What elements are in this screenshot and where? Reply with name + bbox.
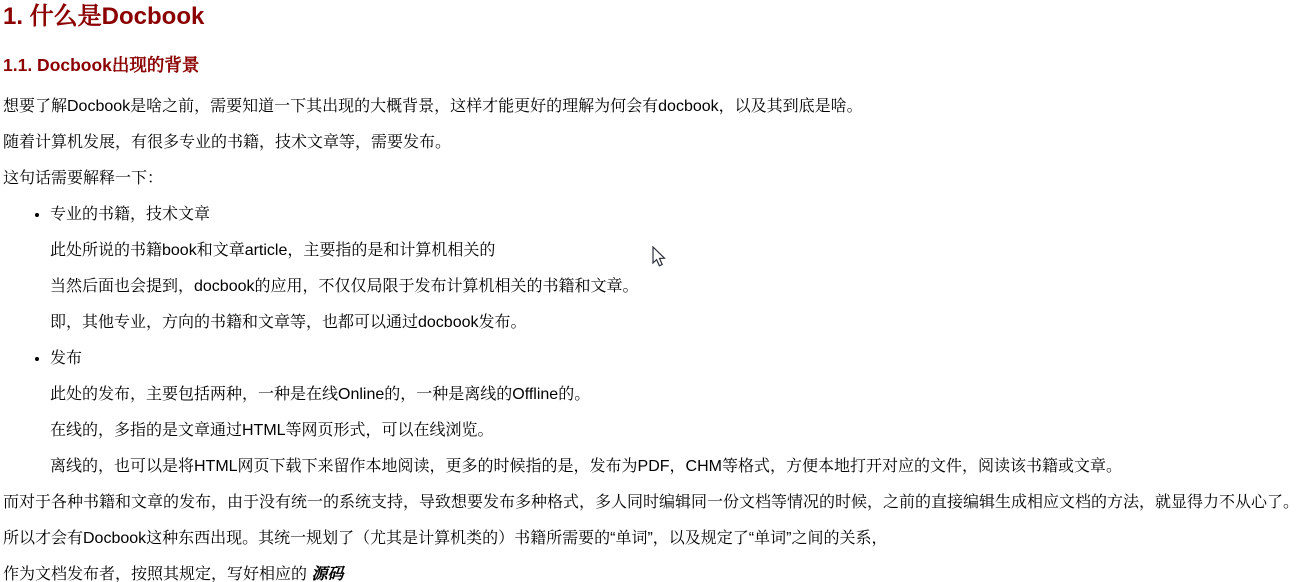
list-item: 发布 此处的发布，主要包括两种，一种是在线Online的，一种是离线的Offli…	[50, 349, 1305, 477]
document-body: 1. 什么是Docbook 1.1. Docbook出现的背景 想要了解Docb…	[0, 5, 1305, 582]
bullet-list: 专业的书籍，技术文章 此处所说的书籍book和文章article，主要指的是和计…	[3, 205, 1305, 477]
list-item-paragraph: 离线的，也可以是将HTML网页下载下来留作本地阅读，更多的时候指的是，发布为PD…	[50, 457, 1305, 477]
paragraph-closing-2: 所以才会有Docbook这种东西出现。其统一规划了（尤其是计算机类的）书籍所需要…	[3, 529, 1305, 549]
list-item-paragraph: 在线的，多指的是文章通过HTML等网页形式，可以在线浏览。	[50, 421, 1305, 441]
paragraph-intro-1: 想要了解Docbook是啥之前，需要知道一下其出现的大概背景，这样才能更好的理解…	[3, 97, 1305, 117]
paragraph-final-text: 作为文档发布者，按照其规定，写好相应的	[3, 566, 311, 582]
list-item-paragraph: 当然后面也会提到，docbook的应用，不仅仅局限于发布计算机相关的书籍和文章。	[50, 277, 1305, 297]
paragraph-intro-3: 这句话需要解释一下：	[3, 169, 1305, 189]
source-code-emphasis: 源码	[311, 566, 343, 582]
section-title: 1. 什么是Docbook	[3, 5, 1305, 29]
paragraph-final: 作为文档发布者，按照其规定，写好相应的 源码	[3, 565, 1305, 582]
paragraph-intro-2: 随着计算机发展，有很多专业的书籍，技术文章等，需要发布。	[3, 133, 1305, 153]
paragraph-closing-1: 而对于各种书籍和文章的发布，由于没有统一的系统支持，导致想要发布多种格式，多人同…	[3, 493, 1305, 513]
list-item-paragraph: 即，其他专业，方向的书籍和文章等，也都可以通过docbook发布。	[50, 313, 1305, 333]
list-item-paragraph: 此处所说的书籍book和文章article，主要指的是和计算机相关的	[50, 241, 1305, 261]
subsection-title: 1.1. Docbook出现的背景	[3, 55, 1305, 75]
list-item: 专业的书籍，技术文章 此处所说的书籍book和文章article，主要指的是和计…	[50, 205, 1305, 333]
list-item-title: 发布	[50, 350, 82, 367]
list-item-title: 专业的书籍，技术文章	[50, 206, 210, 223]
list-item-paragraph: 此处的发布，主要包括两种，一种是在线Online的，一种是离线的Offline的…	[50, 385, 1305, 405]
